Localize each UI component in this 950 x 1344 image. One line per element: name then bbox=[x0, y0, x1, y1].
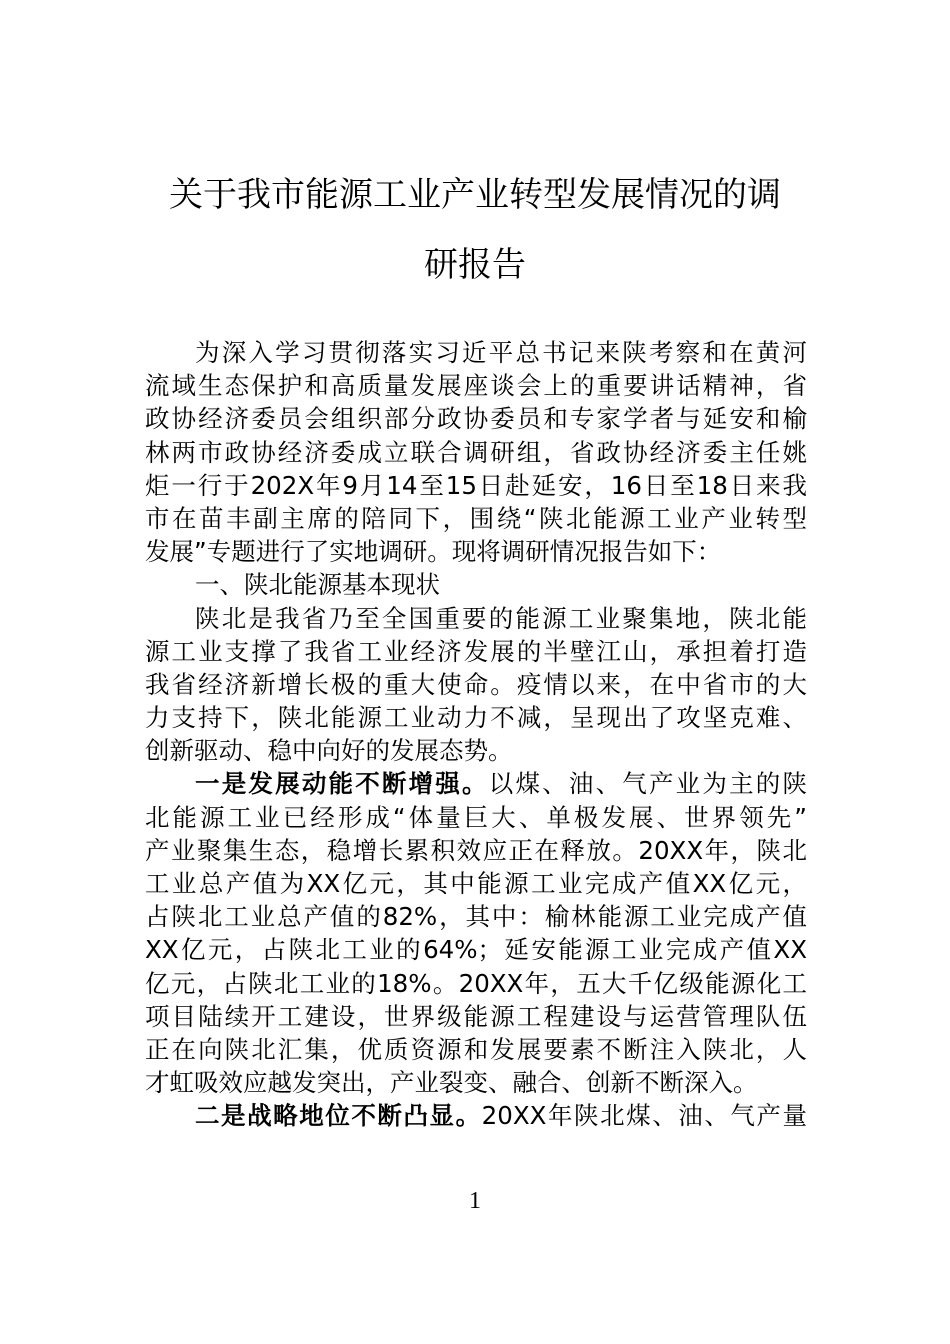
title-line-1: 关于我市能源工业产业转型发展情况的调 bbox=[140, 160, 810, 230]
bold-lead: 二是战略地位不断凸显。 bbox=[195, 1101, 482, 1130]
document-body: 为深入学习贯彻落实习近平总书记来陕考察和在黄河 流域生态保护和高质量发展座谈会上… bbox=[145, 336, 807, 1133]
bold-lead: 一是发展动能不断增强。 bbox=[195, 769, 489, 798]
paragraph-line: 发展”专题进行了实地调研。现将调研情况报告如下： bbox=[145, 535, 807, 568]
paragraph-line: 力支持下，陕北能源工业动力不减，呈现出了攻坚克难、 bbox=[145, 701, 807, 734]
paragraph-line: 占陕北工业总产值的82%，其中：榆林能源工业完成产值 bbox=[145, 900, 807, 933]
paragraph-line: 为深入学习贯彻落实习近平总书记来陕考察和在黄河 bbox=[145, 336, 807, 369]
paragraph-line: 正在向陕北汇集，优质资源和发展要素不断注入陕北，人 bbox=[145, 1033, 807, 1066]
paragraph-line: 亿元，占陕北工业的18%。20XX年，五大千亿级能源化工 bbox=[145, 967, 807, 1000]
paragraph-line: 政协经济委员会组织部分政协委员和专家学者与延安和榆 bbox=[145, 402, 807, 435]
document-title: 关于我市能源工业产业转型发展情况的调 研报告 bbox=[140, 160, 810, 300]
paragraph-line: 工业总产值为XX亿元，其中能源工业完成产值XX亿元， bbox=[145, 867, 807, 900]
paragraph-line: 林两市政协经济委成立联合调研组，省政协经济委主任姚 bbox=[145, 436, 807, 469]
paragraph-line: 才虹吸效应越发突出，产业裂变、融合、创新不断深入。 bbox=[145, 1066, 807, 1099]
paragraph-text: 20XX年陕北煤、油、气产量 bbox=[482, 1101, 807, 1130]
paragraph-line: 陕北是我省乃至全国重要的能源工业聚集地，陕北能 bbox=[145, 602, 807, 635]
paragraph-line: 创新驱动、稳中向好的发展态势。 bbox=[145, 734, 807, 767]
paragraph-line: 我省经济新增长极的重大使命。疫情以来，在中省市的大 bbox=[145, 668, 807, 701]
title-line-2: 研报告 bbox=[140, 230, 810, 300]
section-heading: 一、陕北能源基本现状 bbox=[145, 568, 807, 601]
paragraph-line: 项目陆续开工建设，世界级能源工程建设与运营管理队伍 bbox=[145, 1000, 807, 1033]
paragraph-line: 产业聚集生态，稳增长累积效应正在释放。20XX年，陕北 bbox=[145, 834, 807, 867]
paragraph-line: 二是战略地位不断凸显。20XX年陕北煤、油、气产量 bbox=[145, 1099, 807, 1132]
paragraph-line: XX亿元，占陕北工业的64%；延安能源工业完成产值XX bbox=[145, 933, 807, 966]
document-page: 关于我市能源工业产业转型发展情况的调 研报告 为深入学习贯彻落实习近平总书记来陕… bbox=[0, 0, 950, 1344]
paragraph-line: 北能源工业已经形成“体量巨大、单极发展、世界领先” bbox=[145, 801, 807, 834]
paragraph-line: 炬一行于202X年9月14至15日赴延安，16日至18日来我 bbox=[145, 469, 807, 502]
paragraph-line: 市在苗丰副主席的陪同下，围绕“陕北能源工业产业转型 bbox=[145, 502, 807, 535]
paragraph-line: 一是发展动能不断增强。以煤、油、气产业为主的陕 bbox=[145, 767, 807, 800]
paragraph-text: 以煤、油、气产业为主的陕 bbox=[489, 769, 807, 798]
paragraph-line: 流域生态保护和高质量发展座谈会上的重要讲话精神，省 bbox=[145, 369, 807, 402]
paragraph-line: 源工业支撑了我省工业经济发展的半壁江山，承担着打造 bbox=[145, 635, 807, 668]
page-number: 1 bbox=[0, 1188, 950, 1215]
